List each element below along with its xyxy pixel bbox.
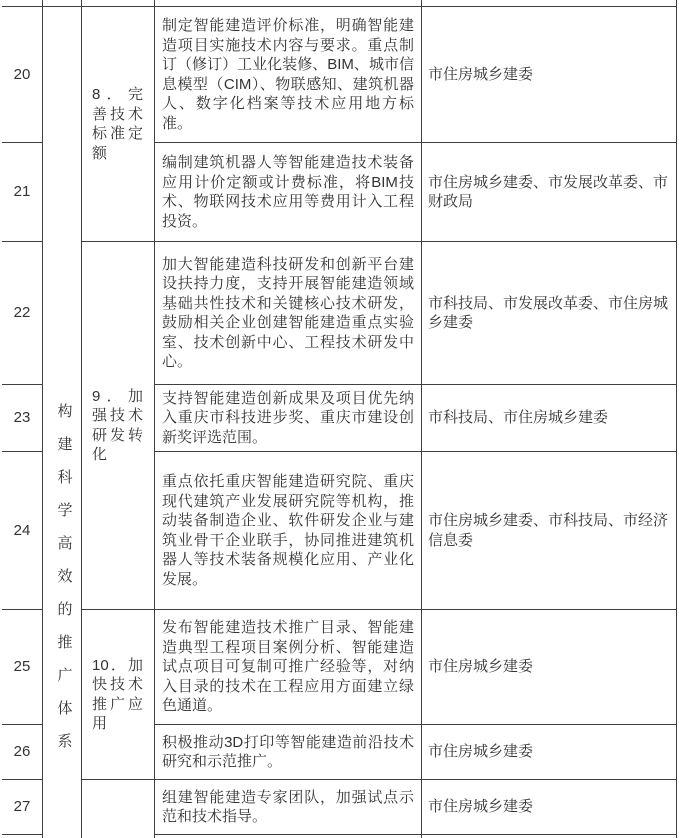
category-cell-cut — [82, 780, 155, 838]
department-cell: 市住房城乡建委 — [422, 780, 677, 835]
task-text: 支持智能建造创新成果及项目优先纳入重庆市科技进步奖、重庆市建设创新奖评选范围。 — [162, 389, 414, 448]
department-cell: 市住房城乡建委、市发展改革委、市财政局 — [422, 143, 677, 242]
task-cell: 积极推动3D打印等智能建造前沿技术研究和示范推广。 — [155, 725, 422, 780]
department-text: 市住房城乡建委 — [428, 657, 670, 677]
row-number-cell: 23 — [2, 385, 43, 452]
task-cell: 编制建筑机器人等智能建造技术装备应用计价定额或计费标准，将BIM技术、物联网技术… — [155, 143, 422, 242]
task-cell: 支持智能建造创新成果及项目优先纳入重庆市科技进步奖、重庆市建设创新奖评选范围。 — [155, 385, 422, 452]
task-text: 制定智能建造评价标准，明确智能建造项目实施技术内容与要求。重点制订（修订）工业化… — [162, 16, 414, 133]
task-cell: 制定智能建造评价标准，明确智能建造项目实施技术内容与要求。重点制订（修订）工业化… — [155, 7, 422, 143]
cut-row-top — [2, 0, 43, 7]
row-number: 23 — [2, 408, 42, 428]
row-number-cell: 22 — [2, 242, 43, 385]
cut-row-top — [422, 0, 677, 7]
category-label: 8．完善技术标准定额 — [92, 85, 143, 163]
task-cell: 组建智能建造专家团队，加强试点示范和技术指导。 — [155, 780, 422, 835]
task-cell: 加大智能建造科技研发和创新平台建设扶持力度，支持开展智能建造领域基础共性技术和关… — [155, 242, 422, 385]
department-text: 市住房城乡建委、市发展改革委、市财政局 — [428, 173, 670, 212]
department-text: 市科技局、市发展改革委、市住房城乡建委 — [428, 294, 670, 333]
section-cell: 构建科学高效的推广体系 — [43, 7, 82, 838]
department-cell: 市住房城乡建委、市科技局、市经济信息委 — [422, 452, 677, 610]
cut-row-top — [43, 0, 82, 7]
task-cell: 发布智能建造技术推广目录、智能建造典型工程项目案例分析、智能建造试点项目可复制可… — [155, 610, 422, 725]
row-number-cell: 21 — [2, 143, 43, 242]
row-number-cell: 26 — [2, 725, 43, 780]
department-cell: 市住房城乡建委 — [422, 7, 677, 143]
department-cell: 市住房城乡建委 — [422, 725, 677, 780]
document-table: 20 21 22 23 24 25 26 27 构建科学高效的推广体系 8．完善… — [0, 0, 679, 838]
task-text: 积极推动3D打印等智能建造前沿技术研究和示范推广。 — [162, 733, 414, 772]
category-cell: 10．加快技术推广应用 — [82, 610, 155, 780]
category-label: 9．加强技术研发转化 — [92, 387, 143, 465]
cut-row-top — [82, 0, 155, 7]
task-text: 发布智能建造技术推广目录、智能建造典型工程项目案例分析、智能建造试点项目可复制可… — [162, 618, 414, 716]
department-cell: 市科技局、市发展改革委、市住房城乡建委 — [422, 242, 677, 385]
category-cell: 9．加强技术研发转化 — [82, 242, 155, 610]
cut-row-top — [155, 0, 422, 7]
category-label: 10．加快技术推广应用 — [92, 656, 143, 734]
row-number-cell: 27 — [2, 780, 43, 835]
row-number: 25 — [2, 657, 42, 677]
row-number-cell: 20 — [2, 7, 43, 143]
department-text: 市住房城乡建委 — [428, 742, 670, 762]
task-cell: 重点依托重庆智能建造研究院、重庆现代建筑产业发展研究院等机构，推动装备制造企业、… — [155, 452, 422, 610]
row-number-cell: 25 — [2, 610, 43, 725]
department-cell: 市住房城乡建委 — [422, 610, 677, 725]
department-text: 市住房城乡建委、市科技局、市经济信息委 — [428, 511, 670, 550]
row-number: 20 — [2, 65, 42, 85]
task-text: 重点依托重庆智能建造研究院、重庆现代建筑产业发展研究院等机构，推动装备制造企业、… — [162, 472, 414, 589]
row-number: 27 — [2, 797, 42, 817]
section-label: 构建科学高效的推广体系 — [54, 403, 74, 766]
task-text: 加大智能建造科技研发和创新平台建设扶持力度，支持开展智能建造领域基础共性技术和关… — [162, 255, 414, 372]
row-number-cell: 24 — [2, 452, 43, 610]
task-text: 编制建筑机器人等智能建造技术装备应用计价定额或计费标准，将BIM技术、物联网技术… — [162, 153, 414, 231]
department-cell: 市科技局、市住房城乡建委 — [422, 385, 677, 452]
department-text: 市住房城乡建委 — [428, 797, 670, 817]
row-number: 21 — [2, 182, 42, 202]
row-number: 22 — [2, 303, 42, 323]
department-text: 市科技局、市住房城乡建委 — [428, 408, 670, 428]
category-cell: 8．完善技术标准定额 — [82, 7, 155, 242]
department-text: 市住房城乡建委 — [428, 65, 670, 85]
task-text: 组建智能建造专家团队，加强试点示范和技术指导。 — [162, 788, 414, 827]
row-number: 26 — [2, 742, 42, 762]
row-number: 24 — [2, 521, 42, 541]
